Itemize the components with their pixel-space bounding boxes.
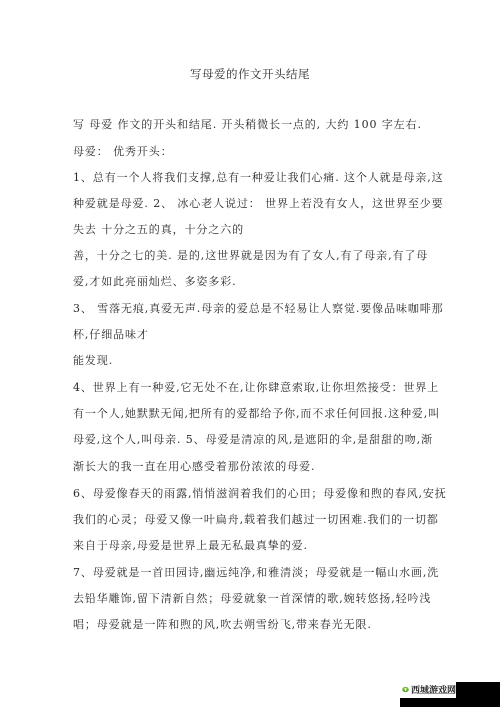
text-line: 渐长大的我一直在用心感受着那份浓浓的母爱.	[73, 460, 433, 474]
text-line: 母爱,这个人,叫母亲. 5、母爱是清凉的风,是遮阳的伞,是甜甜的吻,渐	[73, 433, 427, 447]
text-line: 1、总有一个人将我们支撑,总有一种爱让我们心痛. 这个人就是母亲,这	[73, 171, 427, 185]
text-line: 3、 雪落无痕,真爱无声.母亲的爱总是不轻易让人察觉.要像品味咖啡那	[73, 302, 427, 316]
text-line: 失去 十分之五的真，十分之六的	[73, 223, 433, 237]
text-line: 能发现.	[73, 354, 433, 368]
text-line: 爱,才如此亮丽灿烂、多姿多彩.	[73, 275, 433, 289]
text-line: 唱；母爱就是一阵和煦的风,吹去朔雪纷飞,带来春光无限.	[73, 618, 433, 632]
text-line: 4、世界上有一种爱,它无处不在,让你肆意索取,让你坦然接受：世界上	[73, 381, 427, 395]
page-title: 写母爱的作文开头结尾	[0, 66, 500, 82]
watermark-subline	[417, 693, 453, 694]
text-line: 来自于母亲,母爱是世界上最无私最真挚的爱.	[73, 539, 433, 553]
text-line: 6、母爱像春天的雨露,悄悄滋润着我们的心田；母爱像和煦的春风,安抚	[73, 487, 427, 501]
text-line: 去铅华雕饰,留下清新自然；母爱就象一首深情的歌,婉转悠扬,轻吟浅	[73, 592, 427, 606]
green-leaf-logo-icon	[402, 684, 409, 695]
intro-line: 写 母爱 作文的开头和结尾. 开头稍微长一点的, 大约 100 字左右.	[73, 118, 433, 132]
text-line: 善，十分之七的美. 是的,这世界就是因为有了女人,有了母亲,有了母	[73, 249, 427, 263]
text-line: 我们的心灵；母爱又像一叶扁舟,载着我们越过一切困难.我们的一切都	[73, 513, 427, 527]
section-heading: 母爱： 优秀开头：	[73, 145, 433, 159]
watermark-backdrop-bottom	[400, 698, 500, 707]
text-line: 杯,仔细品味才	[73, 328, 433, 342]
site-watermark: 西城游戏网	[400, 680, 456, 698]
text-line: 种爱就是母爱. 2、 冰心老人说过： 世界上若没有女人，这世界至少要	[73, 197, 427, 211]
text-line: 7、母爱就是一首田园诗,幽远纯净,和雅清淡；母爱就是一幅山水画,洗	[73, 566, 427, 580]
text-line: 有一个人,她默默无闻,把所有的爱都给予你,而不求任何回报.这种爱,叫	[73, 407, 427, 421]
